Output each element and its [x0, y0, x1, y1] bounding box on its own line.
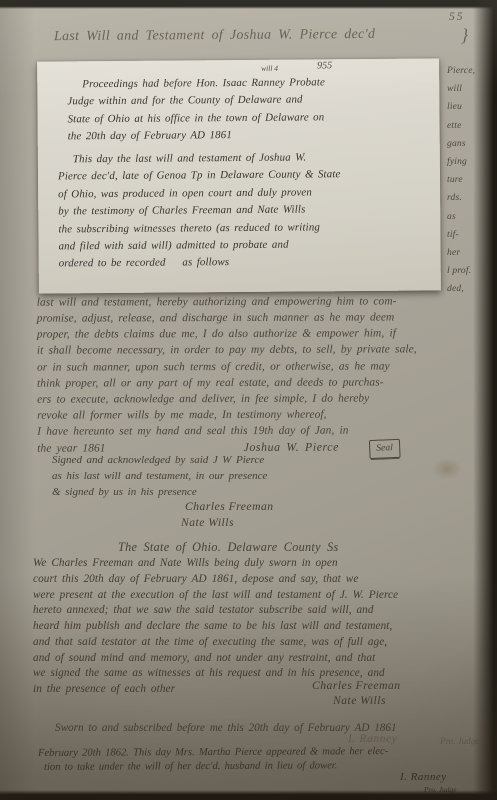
slip-paragraph-probate: This day the last will and testament of … — [58, 149, 341, 273]
seal-stamp: Seal — [369, 439, 400, 459]
record-book-page-photo: 55 Last Will and Testament of Joshua W. … — [0, 0, 497, 800]
text-fragment: ture — [447, 171, 475, 189]
affidavit-line: and that said testator at the time of ex… — [33, 635, 398, 651]
affidavit-heading: The State of Ohio. Delaware County Ss — [118, 540, 339, 555]
slip-line: the 20th day of February AD 1861 — [68, 127, 326, 146]
text-fragment: will — [447, 80, 475, 98]
text-fragment: tif- — [447, 226, 475, 244]
judge-signature: I. Ranney — [348, 733, 397, 745]
attestation-line: & signed by us in his presence — [52, 484, 267, 500]
slip-line: the subscribing witnesses thereto (as re… — [58, 219, 341, 239]
slip-line: and filed with said will) admitted to pr… — [58, 236, 341, 256]
slip-paragraph-proceedings: Proceedings had before Hon. Isaac Ranney… — [67, 74, 325, 146]
slip-line: ordered to be recorded as follows — [59, 254, 342, 274]
title-bracket: } — [461, 25, 468, 46]
will-line: last will and testament, hereby authoriz… — [37, 293, 417, 310]
slip-docket-number: 955 — [317, 60, 332, 71]
witness-signature: Charles Freeman — [312, 679, 401, 692]
witness-signature: Nate Wills — [333, 694, 386, 707]
slip-line: Proceedings had before Hon. Isaac Ranney… — [67, 74, 325, 93]
paper-stain — [432, 458, 462, 480]
text-fragment: Pierce, — [447, 62, 475, 80]
witness-signature: Nate Wills — [181, 516, 234, 529]
attestation-clause: Signed and acknowledged by said J W Pier… — [52, 452, 267, 501]
affidavit-line: heard him publish and declare the same t… — [33, 619, 398, 635]
will-line: it shall become necessary, in order to p… — [37, 342, 417, 359]
slip-line: State of Ohio at his office in the town … — [67, 109, 325, 128]
photo-edge-bottom — [0, 790, 497, 800]
judge-signature: I. Ranney — [400, 771, 447, 783]
photo-edge-right — [473, 0, 497, 800]
slip-line: of Ohio, was produced in open court and … — [58, 184, 341, 204]
will-line: think proper, all or any part of my real… — [37, 374, 417, 391]
will-body-text: last will and testament, hereby authoriz… — [37, 293, 417, 460]
affidavit-line: hereto annexed; that we saw the said tes… — [33, 603, 398, 619]
text-fragment: her — [447, 244, 475, 262]
jurat-statement: Sworn to and subscribed before me this 2… — [55, 722, 397, 734]
will-line: I have hereunto set my hand and seal thi… — [37, 423, 417, 440]
witness-signature: Charles Freeman — [185, 500, 274, 513]
affidavit-line: were present at the execution of the las… — [33, 588, 398, 604]
page-title: Last Will and Testament of Joshua W. Pie… — [54, 26, 375, 44]
slip-docket-label: will 4 — [261, 64, 278, 73]
text-fragment: as — [447, 208, 475, 226]
will-line: ers to execute, acknowledge and deliver,… — [37, 390, 417, 407]
photo-edge-top — [0, 0, 497, 9]
attestation-line: Signed and acknowledged by said J W Pier… — [52, 452, 267, 468]
text-fragment: l prof. — [447, 262, 475, 280]
witness-affidavit: We Charles Freeman and Nate Wills being … — [33, 556, 398, 698]
text-fragment: ette — [447, 117, 475, 135]
will-line: promise, adjust, release, and discharge … — [37, 309, 417, 326]
slip-line: This day the last will and testament of … — [58, 149, 341, 169]
text-fragment: ded, — [447, 280, 475, 298]
addendum-line: tion to take under the will of her dec'd… — [38, 759, 388, 775]
slip-line: Judge within and for the County of Delaw… — [67, 92, 325, 111]
underlying-text-fragments: Pierce, will lieu ette gans fying ture r… — [447, 62, 475, 299]
will-line: or in such manner, upon such terms of cr… — [37, 358, 417, 375]
attestation-line: as his last will and testament, in our p… — [52, 468, 267, 484]
slip-line: Pierce dec'd, late of Genoa Tp in Delawa… — [58, 167, 341, 187]
will-line: revoke all former wills by me made, In t… — [37, 406, 417, 423]
affidavit-line: We Charles Freeman and Nate Wills being … — [33, 556, 398, 572]
page-number: 55 — [449, 11, 465, 23]
text-fragment: rds. — [447, 189, 475, 207]
dower-election-addendum: February 20th 1862. This day Mrs. Martha… — [38, 745, 388, 774]
text-fragment: fying — [447, 153, 475, 171]
text-fragment: gans — [447, 135, 475, 153]
slip-line: by the testimony of Charles Freeman and … — [58, 201, 341, 221]
affidavit-line: court this 20th day of February AD 1861,… — [33, 572, 398, 588]
affidavit-line: and of sound mind and memory, and not un… — [33, 651, 398, 667]
will-line: proper, the debts claims due me, I do al… — [37, 326, 417, 343]
pasted-probate-slip: will 4 955 Proceedings had before Hon. I… — [37, 58, 441, 293]
text-fragment: lieu — [447, 98, 475, 116]
